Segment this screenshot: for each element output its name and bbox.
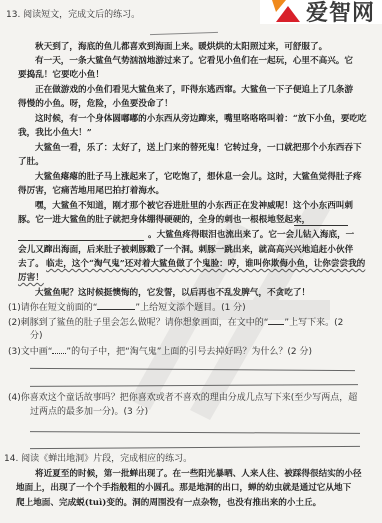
q13-paragraph: 要捣乱！它要吃小鱼！ — [18, 69, 104, 81]
worksheet-page: 爱智网 13. 阅读短文，完成文后的练习。 秋天到了，海底的鱼儿都喜欢到海面上来… — [0, 0, 382, 523]
q13-paragraph: 了肚。 — [18, 156, 44, 168]
question-3: (3)文中画“”的句子中，把“淘气鬼”上面的引号去掉好吗？为什么？(2 分) — [8, 345, 312, 358]
answer-blank[interactable] — [97, 301, 135, 310]
q13-paragraph: 会儿又蹿出海面，后来肚子被刺豚戳了一个洞。刺豚一跳出来，就高高兴兴地追赶小伙伴 — [18, 244, 353, 256]
q13-paragraph: 大鲨鱼一看，乐了：太好了，送上门来的替死鬼！它转过身，一口就把那个小东西吞下 — [35, 142, 362, 154]
q13-paragraph: 这时候，有一个身体圆嘟嘟的小东西从旁边蹿来，嘴里咯咯咯叫着：“放下小鱼，要吃吃 — [35, 113, 367, 125]
logo-mark-icon — [272, 0, 302, 22]
q13-paragraph: 得厉害，它痛苦地用尾巴拍打着海水。 — [18, 185, 164, 197]
answer-line[interactable] — [30, 431, 360, 434]
q13-paragraph: 大鲨鱼呢？这时候挺懊悔的，它发誓，以后再也不乱发脾气，不贪吃了！ — [35, 287, 310, 299]
q13-paragraph: 去了。 — [18, 258, 44, 270]
underlined-sentence: 临走，这个“淘气鬼”还对着大鲨鱼做了个鬼脸：哼，谁叫你欺侮小鱼，让你尝尝我的 — [46, 258, 365, 270]
answer-line[interactable] — [30, 368, 355, 371]
q13-paragraph: 秋天到了，海底的鱼儿都喜欢到海面上来。暖烘烘的太阳照过来，可舒服了。 — [35, 41, 327, 53]
answer-blank-inline[interactable] — [294, 225, 348, 226]
q14-paragraph: 爬上地面、完成蜕(tuì)变的。洞的周围没有一点杂物，也没有推出来的小土丘。 — [16, 497, 321, 509]
answer-line[interactable] — [30, 384, 358, 387]
brand-text: 爱智网 — [306, 0, 375, 27]
brand-logo: 爱智网 — [260, 0, 382, 24]
q14-paragraph: 地面上，出现了一个个手指般粗的小圆孔。那是地洞的出口，蝉的幼虫就是通过它从地下 — [16, 482, 351, 494]
wavy-mark-sample — [52, 345, 66, 354]
q13-paragraph: 嘿，大鲨鱼不知道，刚才那个被它吞进肚里的小东西正在发神威呢！这个小东西叫刺 — [35, 200, 353, 212]
question-2: (2)刺豚到了鲨鱼的肚子里会怎么做呢？请你想象画面，在文中的“”上写下来。(2 — [8, 316, 343, 329]
question-2-cont: 分) — [30, 330, 43, 342]
q13-paragraph: 大鲨鱼瘪瘪的肚子马上涨起来了，它吃饱了，想休息一会儿。这时，大鲨鱼觉得肚子疼 — [35, 171, 362, 183]
answer-line[interactable] — [30, 446, 360, 449]
q13-paragraph: 得慢的小鱼。呀，危险，小鱼要没命了！ — [18, 98, 173, 110]
q14-heading: 14. 阅读《蝉出地洞》片段，完成相应的练习。 — [4, 453, 192, 465]
question-4: (4)你喜欢这个童话故事吗？把你喜欢或者不喜欢的理由分成几点写下来(至少写两点，… — [8, 392, 357, 404]
q14-paragraph: 将近夏至的时候，第一批蝉出现了。在一些阳光暴晒、人来人往、被踩得很结实的小径 — [35, 468, 362, 480]
q13-paragraph: 我，我比小鱼大！” — [18, 127, 92, 139]
title-blank-line — [150, 32, 218, 35]
q13-paragraph: 有一天，一条大鲨鱼气势汹汹地游过来了。它看见小鱼们在一起玩，心里不高兴。它 — [35, 55, 353, 67]
answer-blank[interactable] — [268, 316, 284, 325]
q13-paragraph: 正在做游戏的小鱼们看见大鲨鱼来了，吓得东逃西窜。大鲨鱼一下子便追上了几条游 — [35, 84, 353, 96]
question-1: (1)请你在短文前面的“”上给短文添个题目。(1 分) — [8, 301, 246, 314]
question-4-cont: 过两点的最多加一分)。(3 分) — [30, 406, 148, 418]
q13-heading: 13. 阅读短文，完成文后的练习。 — [6, 9, 140, 21]
q13-paragraph: 豚。它一进大鲨鱼的肚子就把身体绷得硬硬的，全身的刺也一根根地竖起来， — [18, 214, 310, 226]
underlined-sentence: 厉害！ — [18, 272, 44, 284]
q13-paragraph: 。大鲨鱼疼得眼泪也流出来了。它一会儿钻入海底，一 — [148, 229, 354, 241]
answer-blank-inline[interactable] — [18, 240, 144, 241]
